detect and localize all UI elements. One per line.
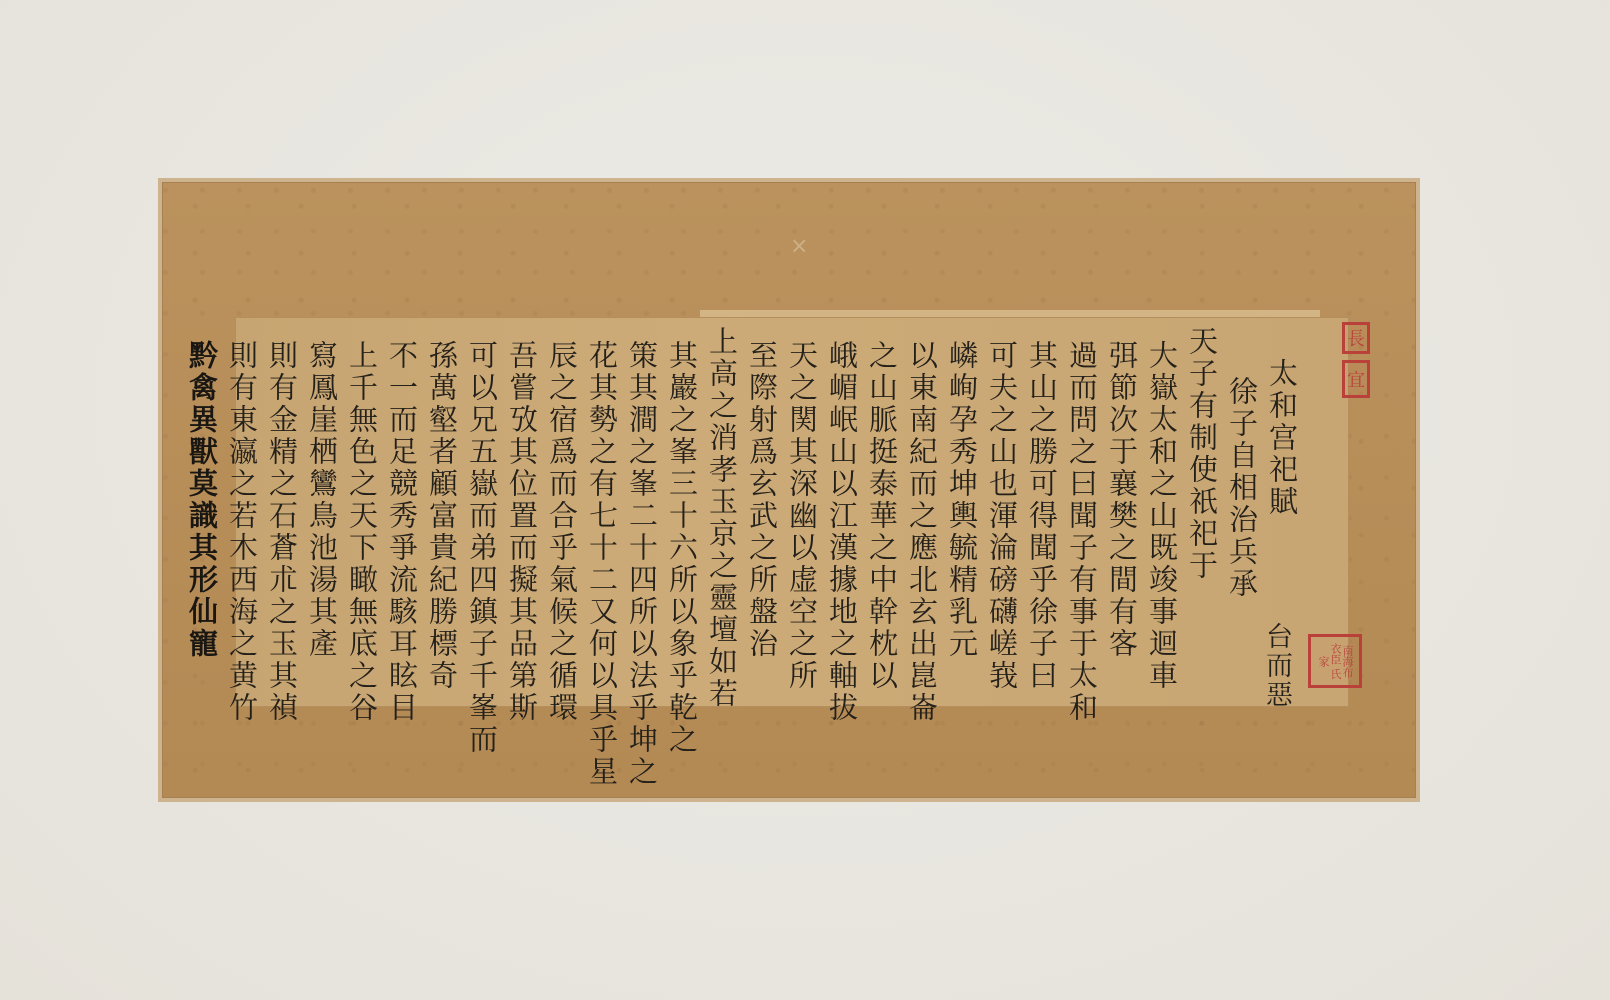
text-column-7: 嶙峋孕秀坤輿毓精乳元 — [942, 318, 982, 706]
text-column-18: 吾嘗攷其位置而擬其品第斯 — [502, 318, 542, 706]
calligraphy-columns: 太和宫祀賦 徐子自相治兵承 天子有制使祇祀于 大嶽太和之山既竣事迴車 弭節次于襄… — [236, 318, 1348, 706]
seal-bottom: 南海布衣臣 氏家 — [1308, 634, 1362, 688]
text-column-3: 弭節次于襄樊之間有客 — [1102, 318, 1142, 706]
seal-top-1: 長 — [1342, 322, 1370, 354]
text-column-19: 可以兄五嶽而弟四鎮子千峯而 — [462, 318, 502, 706]
text-column-22: 上千無色之天下瞰無底之谷 — [342, 318, 382, 706]
text-column-6: 可夫之山也渾淪磅礴嵯峩 — [982, 318, 1022, 706]
text-column-25: 則有東瀛之若木西海之黄竹 — [222, 318, 262, 706]
text-column-9: 之山脈挺泰華之中幹枕以 — [862, 318, 902, 706]
text-column-8: 以東南紀而之應北玄出崑崙 — [902, 318, 942, 706]
text-column-10: 峨嵋岷山以江漢據地之軸拔 — [822, 318, 862, 706]
text-column-26: 黔禽異獸莫識其形仙寵 — [182, 318, 222, 706]
text-column-21: 不一而足競秀爭流駭耳眩目 — [382, 318, 422, 706]
text-column-17: 辰之宿爲而合乎氣候之循環 — [542, 318, 582, 706]
text-column-14: 其巖之峯三十六所以象乎乾之 — [662, 318, 702, 706]
text-column-16: 花其勢之有七十二又何以具乎星 — [582, 318, 622, 706]
text-column-2: 大嶽太和之山既竣事迴車 — [1142, 318, 1182, 706]
text-column-20: 孫萬壑者顧富貴紀勝標奇 — [422, 318, 462, 706]
text-column-12: 至際射爲玄武之所盤治 — [742, 318, 782, 706]
text-column-24: 則有金精之石蒼朮之玉其禎 — [262, 318, 302, 706]
text-column-4: 過而問之曰聞子有事于太和 — [1062, 318, 1102, 706]
author-column: 徐子自相治兵承 — [1222, 318, 1262, 706]
text-column-1: 天子有制使祇祀于 — [1182, 318, 1222, 706]
text-column-11: 天之関其深幽以虚空之所 — [782, 318, 822, 706]
author-suffix: 台而惡 — [1258, 622, 1294, 709]
text-column-15: 策其澗之峯二十四所以法乎坤之 — [622, 318, 662, 706]
text-column-23: 寫鳳崖栖鸞鳥池湯其產 — [302, 318, 342, 706]
text-column-5: 其山之勝可得聞乎徐子曰 — [1022, 318, 1062, 706]
text-column-13: 上高之消孝玉京之靈壇如若 — [702, 318, 742, 706]
fold-mark: × — [790, 234, 808, 259]
seal-top-2: 宜 — [1342, 360, 1370, 398]
